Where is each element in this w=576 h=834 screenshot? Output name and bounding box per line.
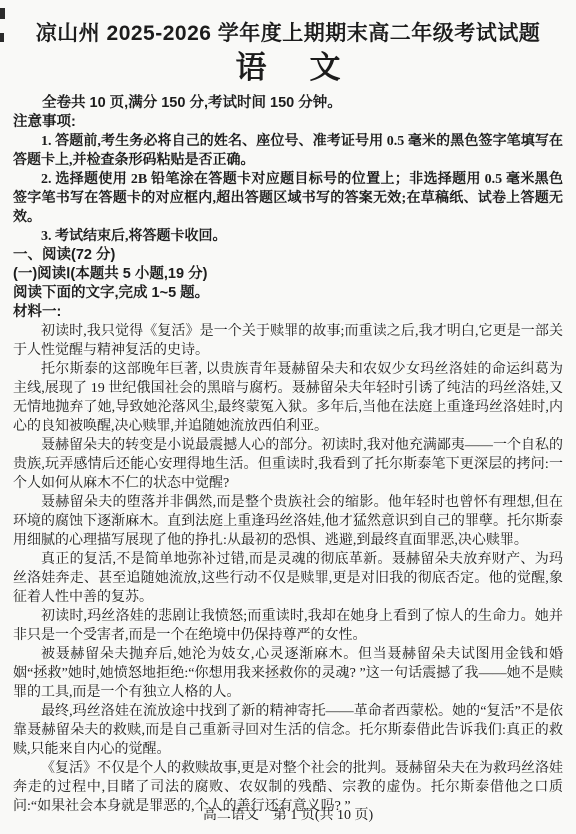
subsection-heading: (一)阅读Ⅰ(本题共 5 小题,19 分) <box>13 265 563 284</box>
material-paragraph-5: 真正的复活,不是简单地弥补过错,而是灵魂的彻底革新。聂赫留朵夫放弃财产、为玛丝洛… <box>13 550 563 607</box>
notice-item-3: 3. 考试结束后,将答题卡收回。 <box>13 227 563 246</box>
material-paragraph-2: 托尔斯泰的这部晚年巨著, 以贵族青年聂赫留朵夫和农奴少女玛丝洛娃的命运纠葛为主线… <box>13 360 563 436</box>
notice-label: 注意事项: <box>13 113 563 132</box>
notice-item-2: 2. 选择题使用 2B 铅笔涂在答题卡对应题目标号的位置上；非选择题用 0.5 … <box>13 170 563 227</box>
material-paragraph-7: 被聂赫留朵夫抛弃后,她沦为妓女,心灵逐渐麻木。但当聂赫留朵夫试图用金钱和婚姻“拯… <box>13 645 563 702</box>
material-paragraph-8: 最终,玛丝洛娃在流放途中找到了新的精神寄托——革命者西蒙松。她的“复活”不是依靠… <box>13 702 563 759</box>
reading-instruction: 阅读下面的文字,完成 1~5 题。 <box>13 284 563 303</box>
material-paragraph-3: 聂赫留朵夫的转变是小说最震撼人心的部分。初读时,我对他充满鄙夷——一个自私的贵族… <box>13 436 563 493</box>
scan-artifact-icon <box>0 8 5 19</box>
material-paragraph-6: 初读时,玛丝洛娃的悲剧让我愤怒;而重读时,我却在她身上看到了惊人的生命力。她并非… <box>13 607 563 645</box>
exam-title: 凉山州 2025-2026 学年度上期期末高二年级考试试题 <box>13 20 563 47</box>
material-label: 材料一: <box>13 303 563 322</box>
page-footer: 高二语文 第 1 页(共 10 页) <box>0 804 576 824</box>
material-paragraph-4: 聂赫留朵夫的堕落并非偶然,而是整个贵族社会的缩影。他年轻时也曾怀有理想,但在环境… <box>13 493 563 550</box>
material-paragraph-1: 初读时,我只觉得《复活》是一个关于赎罪的故事;而重读之后,我才明白,它更是一部关… <box>13 322 563 360</box>
subject-title: 语 文 <box>13 49 563 86</box>
exam-info-line: 全卷共 10 页,满分 150 分,考试时间 150 分钟。 <box>13 94 563 113</box>
exam-page: 凉山州 2025-2026 学年度上期期末高二年级考试试题 语 文 全卷共 10… <box>0 0 576 834</box>
notice-item-1: 1. 答题前,考生务必将自己的姓名、座位号、准考证号用 0.5 毫米的黑色签字笔… <box>13 132 563 170</box>
scan-artifact-icon <box>0 33 4 42</box>
section-heading: 一、阅读(72 分) <box>13 246 563 265</box>
